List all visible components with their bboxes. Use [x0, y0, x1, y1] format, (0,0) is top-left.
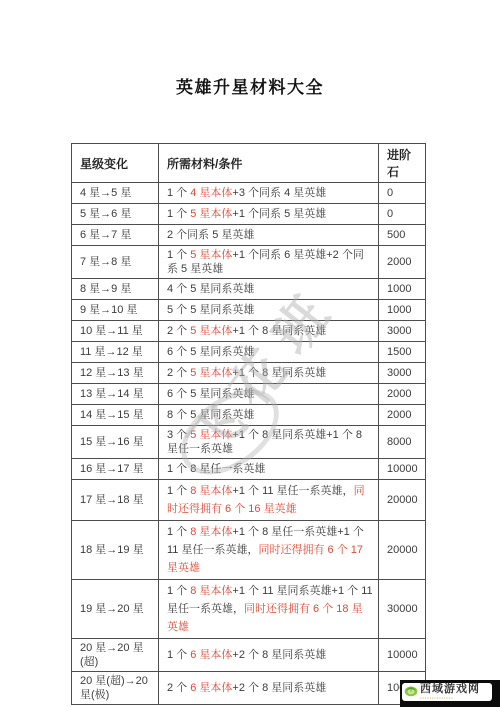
materials-cell: 2 个同系 5 星英雄 [159, 225, 379, 246]
materials-cell: 1 个 8 星本体+1 个 11 星同系英雄+1 个 11 星任一系英雄，同时还… [159, 580, 379, 639]
table-row: 12 星→13 星2 个 5 星本体+1 个 8 星同系英雄3000 [72, 363, 426, 384]
star-change-cell: 8 星→9 星 [72, 279, 159, 300]
table-row: 20 星(超)→20 星(极)2 个 6 星本体+2 个 8 星同系英雄1000… [72, 672, 426, 705]
star-change-cell: 10 星→11 星 [72, 321, 159, 342]
material-highlight-text: 6 星本体 [190, 682, 232, 694]
cabbage-logo-icon [404, 683, 418, 702]
materials-cell: 5 个 5 星同系英雄 [159, 300, 379, 321]
material-text: 8 个 5 星同系英雄 [167, 409, 254, 421]
materials-cell: 2 个 6 星本体+2 个 8 星同系英雄 [159, 672, 379, 705]
material-text: 1 个 [167, 485, 190, 497]
material-text: 5 个 5 星同系英雄 [167, 304, 254, 316]
table-row: 17 星→18 星1 个 8 星本体+1 个 11 星任一系英雄，同时还得拥有 … [72, 480, 426, 521]
stone-cost-cell: 1000 [379, 300, 426, 321]
materials-cell: 4 个 5 星同系英雄 [159, 279, 379, 300]
stone-cost-cell: 1000 [379, 279, 426, 300]
table-row: 15 星→16 星3 个 5 星本体+1 个 8 星同系英雄+1 个 8 星任一… [72, 426, 426, 459]
material-highlight-text: 5 星本体 [190, 429, 232, 441]
star-change-cell: 20 星→20 星(超) [72, 639, 159, 672]
star-change-cell: 17 星→18 星 [72, 480, 159, 521]
material-text: +1 个同系 5 星英雄 [232, 208, 326, 220]
material-text: +1 个 11 星任一系英雄， [232, 485, 353, 497]
star-change-cell: 18 星→19 星 [72, 521, 159, 580]
materials-cell: 6 个 5 星同系英雄 [159, 384, 379, 405]
material-text: 1 个 [167, 187, 190, 199]
material-highlight-text: 8 星本体 [190, 526, 232, 538]
material-text: 2 个 [167, 367, 190, 379]
table-row: 20 星→20 星(超)1 个 6 星本体+2 个 8 星同系英雄10000 [72, 639, 426, 672]
table-row: 6 星→7 星2 个同系 5 星英雄500 [72, 225, 426, 246]
stone-cost-cell: 2000 [379, 246, 426, 279]
star-change-cell: 6 星→7 星 [72, 225, 159, 246]
material-text: 1 个 [167, 208, 190, 220]
materials-cell: 1 个 8 星本体+1 个 11 星任一系英雄，同时还得拥有 6 个 16 星英… [159, 480, 379, 521]
material-text: +2 个 8 星同系英雄 [232, 682, 326, 694]
table-row: 18 星→19 星1 个 8 星本体+1 个 8 星任一系英雄+1 个 11 星… [72, 521, 426, 580]
material-highlight-text: 8 星本体 [190, 485, 232, 497]
material-text: 6 个 5 星同系英雄 [167, 346, 254, 358]
material-text: +2 个 8 星同系英雄 [232, 649, 326, 661]
star-change-cell: 13 星→14 星 [72, 384, 159, 405]
material-text: 1 个 [167, 526, 190, 538]
stone-cost-cell: 500 [379, 225, 426, 246]
stone-cost-cell: 2000 [379, 405, 426, 426]
materials-cell: 1 个 8 星任一系英雄 [159, 459, 379, 480]
material-text: +1 个 8 星同系英雄 [232, 367, 326, 379]
material-highlight-text: 8 星本体 [190, 585, 232, 597]
table-row: 8 星→9 星4 个 5 星同系英雄1000 [72, 279, 426, 300]
table-row: 16 星→17 星1 个 8 星任一系英雄10000 [72, 459, 426, 480]
header-materials: 所需材料/条件 [159, 144, 379, 183]
stone-cost-cell: 1500 [379, 342, 426, 363]
material-text: 1 个 8 星任一系英雄 [167, 463, 265, 475]
materials-cell: 1 个 8 星本体+1 个 8 星任一系英雄+1 个 11 星任一系英雄，同时还… [159, 521, 379, 580]
table-row: 9 星→10 星5 个 5 星同系英雄1000 [72, 300, 426, 321]
star-change-cell: 11 星→12 星 [72, 342, 159, 363]
materials-cell: 1 个 5 星本体+1 个同系 6 星英雄+2 个同系 5 星英雄 [159, 246, 379, 279]
materials-cell: 8 个 5 星同系英雄 [159, 405, 379, 426]
table-row: 11 星→12 星6 个 5 星同系英雄1500 [72, 342, 426, 363]
table-row: 19 星→20 星1 个 8 星本体+1 个 11 星同系英雄+1 个 11 星… [72, 580, 426, 639]
table-row: 7 星→8 星1 个 5 星本体+1 个同系 6 星英雄+2 个同系 5 星英雄… [72, 246, 426, 279]
material-text: 1 个 [167, 249, 190, 261]
watermark-tagline: •••••••••••••• [420, 696, 480, 700]
star-change-cell: 15 星→16 星 [72, 426, 159, 459]
materials-cell: 1 个 4 星本体+3 个同系 4 星英雄 [159, 183, 379, 204]
material-text: 3 个 [167, 429, 190, 441]
star-change-cell: 12 星→13 星 [72, 363, 159, 384]
materials-cell: 1 个 6 星本体+2 个 8 星同系英雄 [159, 639, 379, 672]
stone-cost-cell: 8000 [379, 426, 426, 459]
star-change-cell: 20 星(超)→20 星(极) [72, 672, 159, 705]
materials-cell: 2 个 5 星本体+1 个 8 星同系英雄 [159, 363, 379, 384]
stone-cost-cell: 3000 [379, 363, 426, 384]
materials-cell: 2 个 5 星本体+1 个 8 星同系英雄 [159, 321, 379, 342]
table-row: 13 星→14 星6 个 5 星同系英雄2000 [72, 384, 426, 405]
stone-cost-cell: 2000 [379, 384, 426, 405]
material-text: 6 个 5 星同系英雄 [167, 388, 254, 400]
table-row: 10 星→11 星2 个 5 星本体+1 个 8 星同系英雄3000 [72, 321, 426, 342]
star-change-cell: 14 星→15 星 [72, 405, 159, 426]
materials-cell: 1 个 5 星本体+1 个同系 5 星英雄 [159, 204, 379, 225]
stone-cost-cell: 20000 [379, 480, 426, 521]
material-highlight-text: 4 星本体 [190, 187, 232, 199]
table-header-row: 星级变化 所需材料/条件 进阶石 [72, 144, 426, 183]
table-row: 5 星→6 星1 个 5 星本体+1 个同系 5 星英雄0 [72, 204, 426, 225]
material-highlight-text: 5 星本体 [190, 325, 232, 337]
watermark-site-name: 西域游戏网 [420, 684, 480, 695]
star-change-cell: 19 星→20 星 [72, 580, 159, 639]
stone-cost-cell: 30000 [379, 580, 426, 639]
stone-cost-cell: 10000 [379, 639, 426, 672]
material-text: 2 个 [167, 325, 190, 337]
star-change-cell: 5 星→6 星 [72, 204, 159, 225]
material-text: 2 个 [167, 682, 190, 694]
star-change-cell: 16 星→17 星 [72, 459, 159, 480]
materials-cell: 3 个 5 星本体+1 个 8 星同系英雄+1 个 8 星任一系英雄 [159, 426, 379, 459]
stone-cost-cell: 10000 [379, 459, 426, 480]
star-change-cell: 4 星→5 星 [72, 183, 159, 204]
stone-cost-cell: 0 [379, 183, 426, 204]
materials-cell: 6 个 5 星同系英雄 [159, 342, 379, 363]
star-change-cell: 9 星→10 星 [72, 300, 159, 321]
material-highlight-text: 5 星本体 [190, 367, 232, 379]
stone-cost-cell: 20000 [379, 521, 426, 580]
stone-cost-cell: 3000 [379, 321, 426, 342]
table-row: 14 星→15 星8 个 5 星同系英雄2000 [72, 405, 426, 426]
star-change-cell: 7 星→8 星 [72, 246, 159, 279]
material-text: +1 个 8 星同系英雄 [232, 325, 326, 337]
material-text: 2 个同系 5 星英雄 [167, 229, 254, 241]
material-highlight-text: 6 星本体 [190, 649, 232, 661]
material-highlight-text: 5 星本体 [190, 208, 232, 220]
material-text: 1 个 [167, 585, 190, 597]
material-text: 4 个 5 星同系英雄 [167, 283, 254, 295]
material-text: +3 个同系 4 星英雄 [232, 187, 326, 199]
header-stone: 进阶石 [379, 144, 426, 183]
page-title: 英雄升星材料大全 [0, 73, 500, 98]
stone-cost-cell: 0 [379, 204, 426, 225]
table-row: 4 星→5 星1 个 4 星本体+3 个同系 4 星英雄0 [72, 183, 426, 204]
corner-watermark-box: 西域游戏网 •••••••••••••• [402, 683, 492, 701]
material-highlight-text: 5 星本体 [190, 249, 232, 261]
materials-table: 星级变化 所需材料/条件 进阶石 4 星→5 星1 个 4 星本体+3 个同系 … [71, 143, 426, 705]
corner-watermark: 西域游戏网 •••••••••••••• [400, 680, 500, 707]
material-text: 1 个 [167, 649, 190, 661]
header-star-change: 星级变化 [72, 144, 159, 183]
